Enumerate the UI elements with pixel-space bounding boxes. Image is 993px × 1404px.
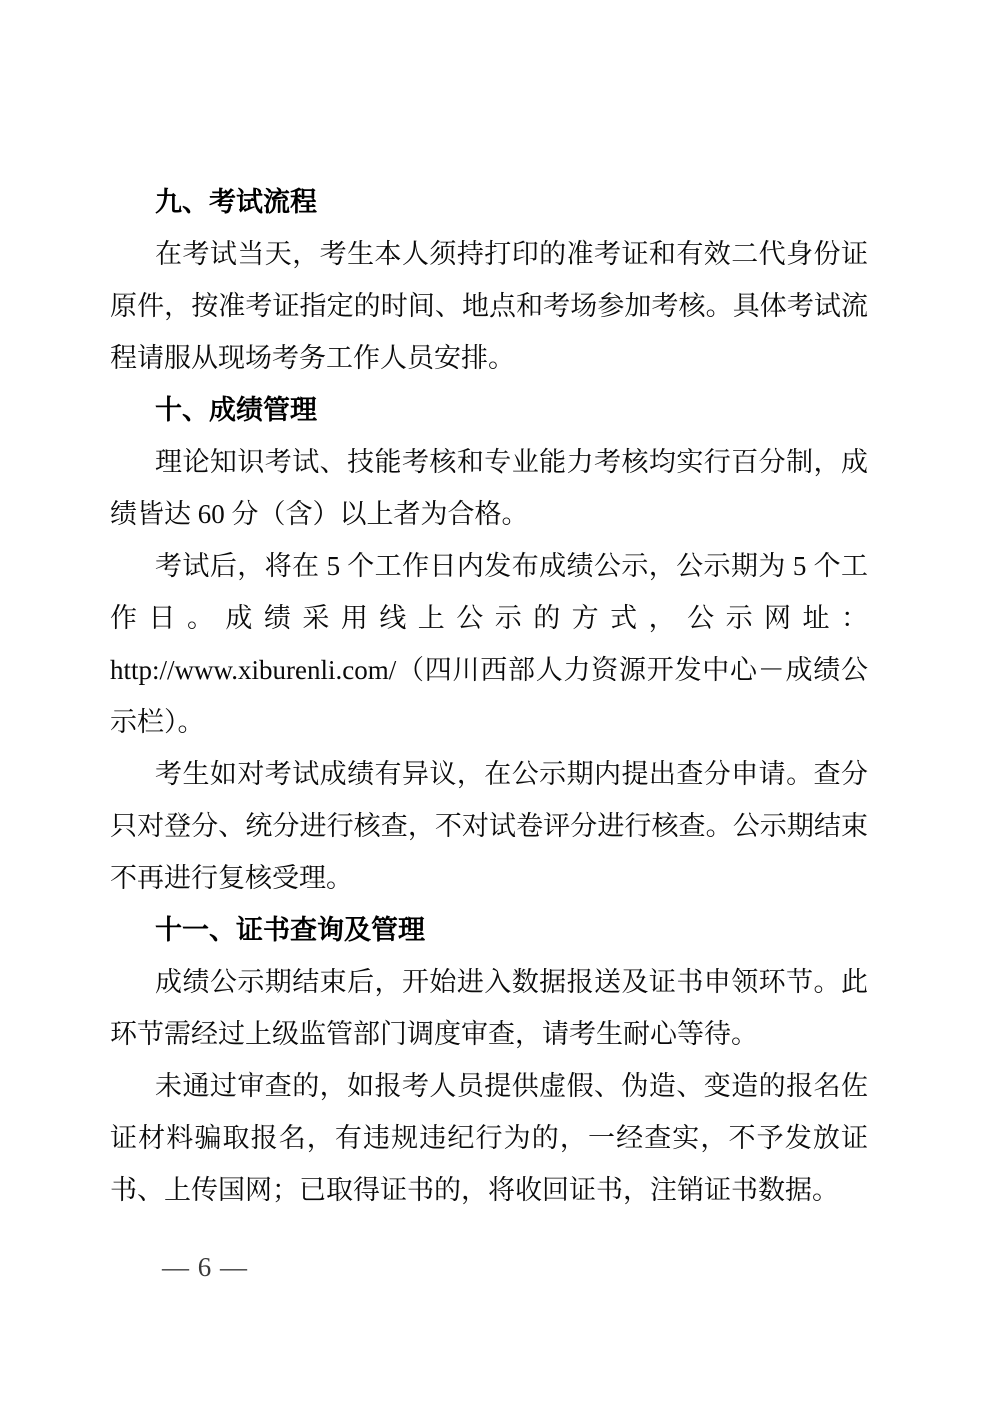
document-page: 九、考试流程 在考试当天，考生本人须持打印的准考证和有效二代身份证原件，按准考证… (0, 0, 993, 1404)
paragraph-score-dispute: 考生如对考试成绩有异议，在公示期内提出查分申请。查分只对登分、统分进行核查，不对… (110, 748, 868, 904)
paragraph-score-publication-url: 考试后，将在 5 个工作日内发布成绩公示，公示期为 5 个工作日。成绩采用线上公… (110, 540, 868, 748)
section-heading-certificate-management: 十一、证书查询及管理 (110, 904, 868, 956)
page-number: — 6 — (162, 1252, 248, 1282)
paragraph-passing-score: 理论知识考试、技能考核和专业能力考核均实行百分制，成绩皆达 60 分（含）以上者… (110, 436, 868, 540)
section-heading-score-management: 十、成绩管理 (110, 384, 868, 436)
section-heading-exam-process: 九、考试流程 (110, 176, 868, 228)
paragraph-certificate-revocation: 未通过审查的，如报考人员提供虚假、伪造、变造的报名佐证材料骗取报名，有违规违纪行… (110, 1060, 868, 1216)
document-body: 九、考试流程 在考试当天，考生本人须持打印的准考证和有效二代身份证原件，按准考证… (110, 176, 868, 1216)
paragraph-exam-day-instructions: 在考试当天，考生本人须持打印的准考证和有效二代身份证原件，按准考证指定的时间、地… (110, 228, 868, 384)
paragraph-certificate-review: 成绩公示期结束后，开始进入数据报送及证书申领环节。此环节需经过上级监管部门调度审… (110, 956, 868, 1060)
